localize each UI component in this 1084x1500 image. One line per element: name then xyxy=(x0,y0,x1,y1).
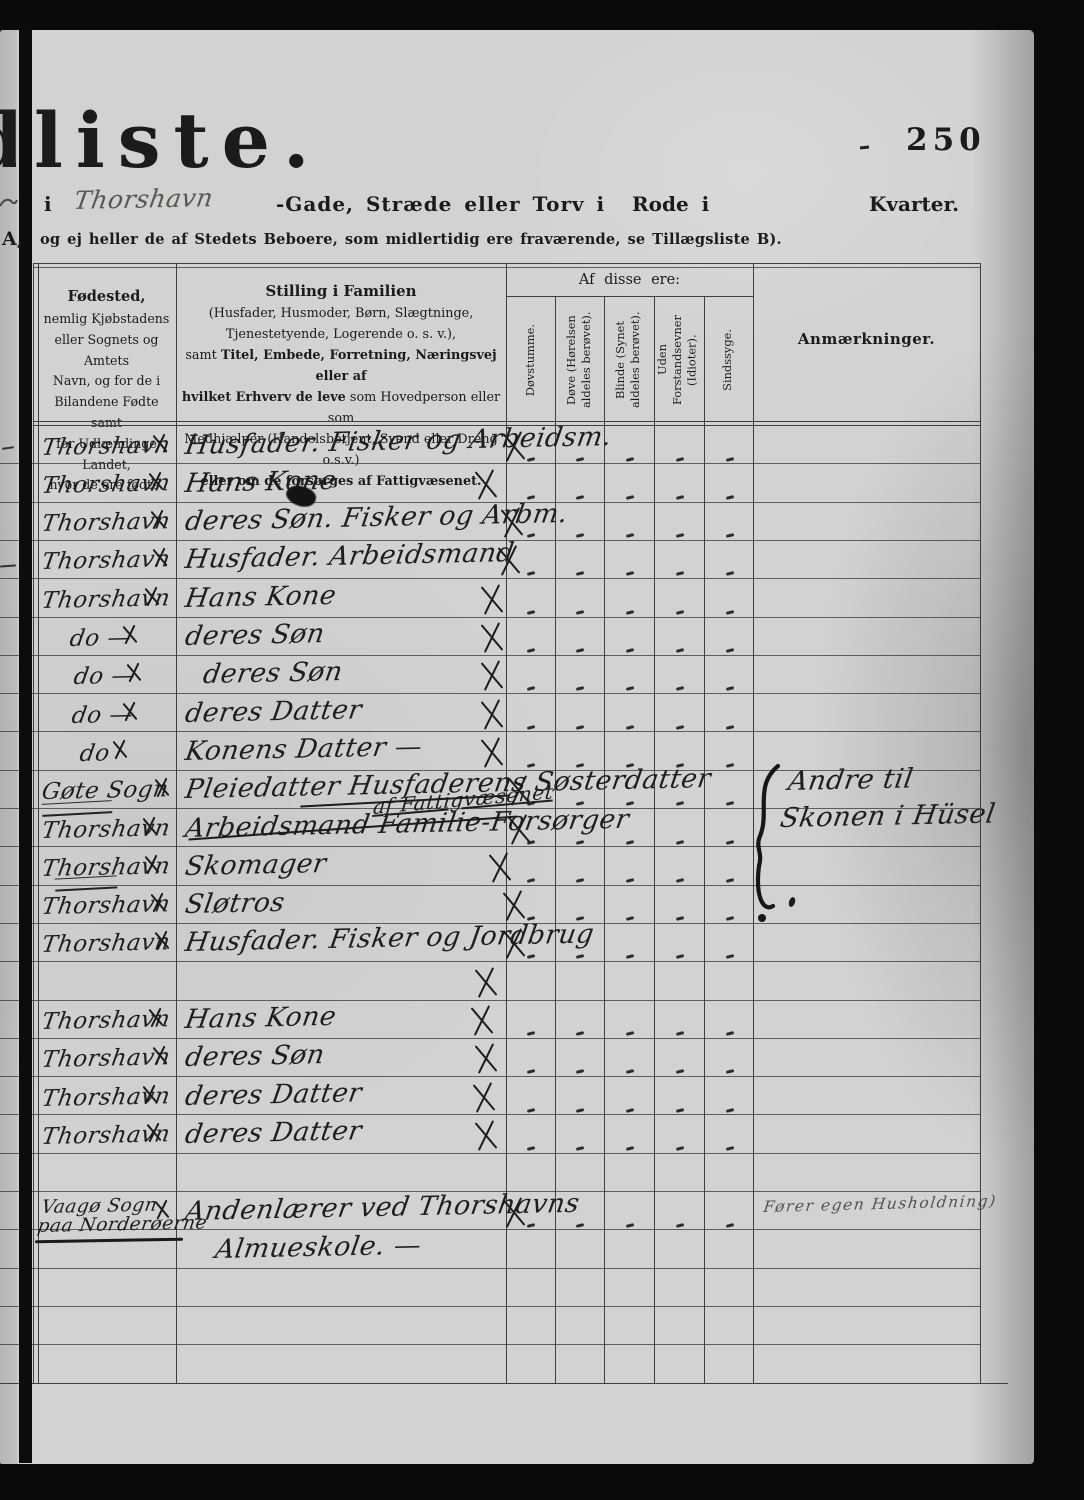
x-mark xyxy=(498,506,523,539)
page-title: liste. xyxy=(34,96,322,185)
rule-line xyxy=(0,1076,980,1077)
x-mark xyxy=(478,736,503,769)
row-position: deres Søn xyxy=(201,656,345,690)
column-line xyxy=(980,263,981,1383)
x-mark xyxy=(472,468,497,501)
exclusion-note: og ej heller de af Stedets Beboere, som … xyxy=(40,231,782,248)
x-mark xyxy=(505,813,530,846)
scanned-census-page: { "page": { "title_fragment": "d", "titl… xyxy=(0,0,1084,1500)
x-mark xyxy=(140,1084,157,1105)
row-position: Sløtros xyxy=(183,887,287,920)
disability-column-label: Blinde (Synet aldeles berøvet). xyxy=(604,300,652,420)
rule-line xyxy=(0,655,980,656)
x-mark xyxy=(142,586,159,607)
gade-label: -Gade, Stræde eller Torv i xyxy=(276,192,605,216)
rule-line xyxy=(0,885,980,886)
x-mark xyxy=(146,1007,163,1028)
row-position: deres Datter xyxy=(183,694,364,729)
row-position: deres Søn xyxy=(183,618,327,652)
x-mark xyxy=(152,930,169,951)
x-mark xyxy=(120,624,137,645)
row-birthplace: do xyxy=(78,740,112,767)
x-mark xyxy=(478,583,503,616)
x-mark xyxy=(500,889,525,922)
x-mark xyxy=(478,698,503,731)
rode-label: Rode i xyxy=(632,192,709,216)
row-position: deres Datter xyxy=(183,1077,364,1112)
x-mark xyxy=(486,851,511,884)
x-mark xyxy=(472,966,497,999)
schema-prefix: A, xyxy=(2,228,23,250)
margin-note-line2: Skonen i Hüsel xyxy=(778,799,998,834)
column-line xyxy=(704,296,705,1383)
fodested-title: Fødested, xyxy=(37,288,176,305)
x-mark xyxy=(146,471,163,492)
handwritten-place: Thorshavn xyxy=(72,183,215,215)
x-mark xyxy=(142,854,159,875)
rule-line xyxy=(0,1306,980,1307)
rule-line xyxy=(0,1000,980,1001)
brace-mark xyxy=(742,760,806,935)
anmaerkninger-header: Anmærkninger. xyxy=(753,330,980,348)
row-position: Almueskole. — xyxy=(213,1230,424,1265)
x-mark xyxy=(472,1119,497,1152)
x-mark xyxy=(500,927,525,960)
x-mark xyxy=(140,816,157,837)
x-mark xyxy=(468,1004,493,1037)
rule-line xyxy=(0,463,980,464)
stilling-title: Stilling i Familien xyxy=(176,282,506,300)
rule-line xyxy=(0,693,980,694)
row-position: deres Datter xyxy=(183,1115,364,1150)
row-position: Konens Datter — xyxy=(183,731,425,767)
rule-line xyxy=(0,961,980,962)
af-disse-header: Af disse ere: xyxy=(506,272,753,288)
x-mark xyxy=(478,659,503,692)
x-mark xyxy=(150,433,167,454)
gutter-scribble xyxy=(0,186,18,216)
column-line xyxy=(555,296,556,1383)
rule-line xyxy=(0,1268,980,1269)
x-mark xyxy=(150,1045,167,1066)
rule-line xyxy=(0,1383,1008,1384)
rule-line xyxy=(0,731,980,732)
disability-column-label: Døve (Hørelsen aldeles berøvet). xyxy=(555,300,603,420)
disability-column-label: Sindssyge. xyxy=(704,300,752,420)
x-mark xyxy=(478,621,503,654)
column-line xyxy=(604,296,605,1383)
x-mark xyxy=(470,1081,495,1114)
rule-line xyxy=(0,1344,980,1345)
row-position: Hans Kone xyxy=(183,1001,339,1035)
rule-line xyxy=(0,1038,980,1039)
x-mark xyxy=(152,777,169,798)
fodested-description: nemlig Kjøbstadenseller Sognets og Amtet… xyxy=(37,309,176,496)
x-mark xyxy=(150,547,167,568)
x-mark xyxy=(124,662,141,683)
x-mark xyxy=(110,739,127,760)
disability-column-label: Uden Forstandsevner (Idioter). xyxy=(654,300,702,420)
page-number: 250 xyxy=(906,122,986,158)
rule-line xyxy=(0,846,980,847)
x-mark xyxy=(148,509,165,530)
x-mark xyxy=(500,430,525,463)
x-mark xyxy=(120,701,137,722)
x-mark xyxy=(500,1196,525,1229)
kvarter-label: Kvarter. xyxy=(869,192,959,216)
column-line xyxy=(38,263,39,1383)
rule-line xyxy=(0,1114,980,1115)
i-label: i xyxy=(44,192,52,216)
x-mark xyxy=(148,892,165,913)
title-fragment: d xyxy=(0,96,16,186)
rule-line xyxy=(0,1153,980,1154)
rule-line xyxy=(0,617,980,618)
header-stilling: Stilling i Familien (Husfader, Husmoder,… xyxy=(176,282,506,492)
x-mark xyxy=(144,1122,161,1143)
row-position: Hans Kone xyxy=(183,580,339,614)
rule-line xyxy=(0,578,980,579)
column-line xyxy=(654,296,655,1383)
row-position: deres Søn xyxy=(183,1039,327,1073)
x-mark xyxy=(152,1199,169,1220)
header-fodested: Fødested, nemlig Kjøbstadenseller Sognet… xyxy=(37,288,176,496)
row-position: Skomager xyxy=(183,848,329,882)
rule-line xyxy=(506,296,753,297)
disability-column-label: Døvstumme. xyxy=(506,300,554,420)
x-mark xyxy=(505,774,530,807)
x-mark xyxy=(495,544,520,577)
x-mark xyxy=(472,1042,497,1075)
column-line xyxy=(33,263,34,1383)
